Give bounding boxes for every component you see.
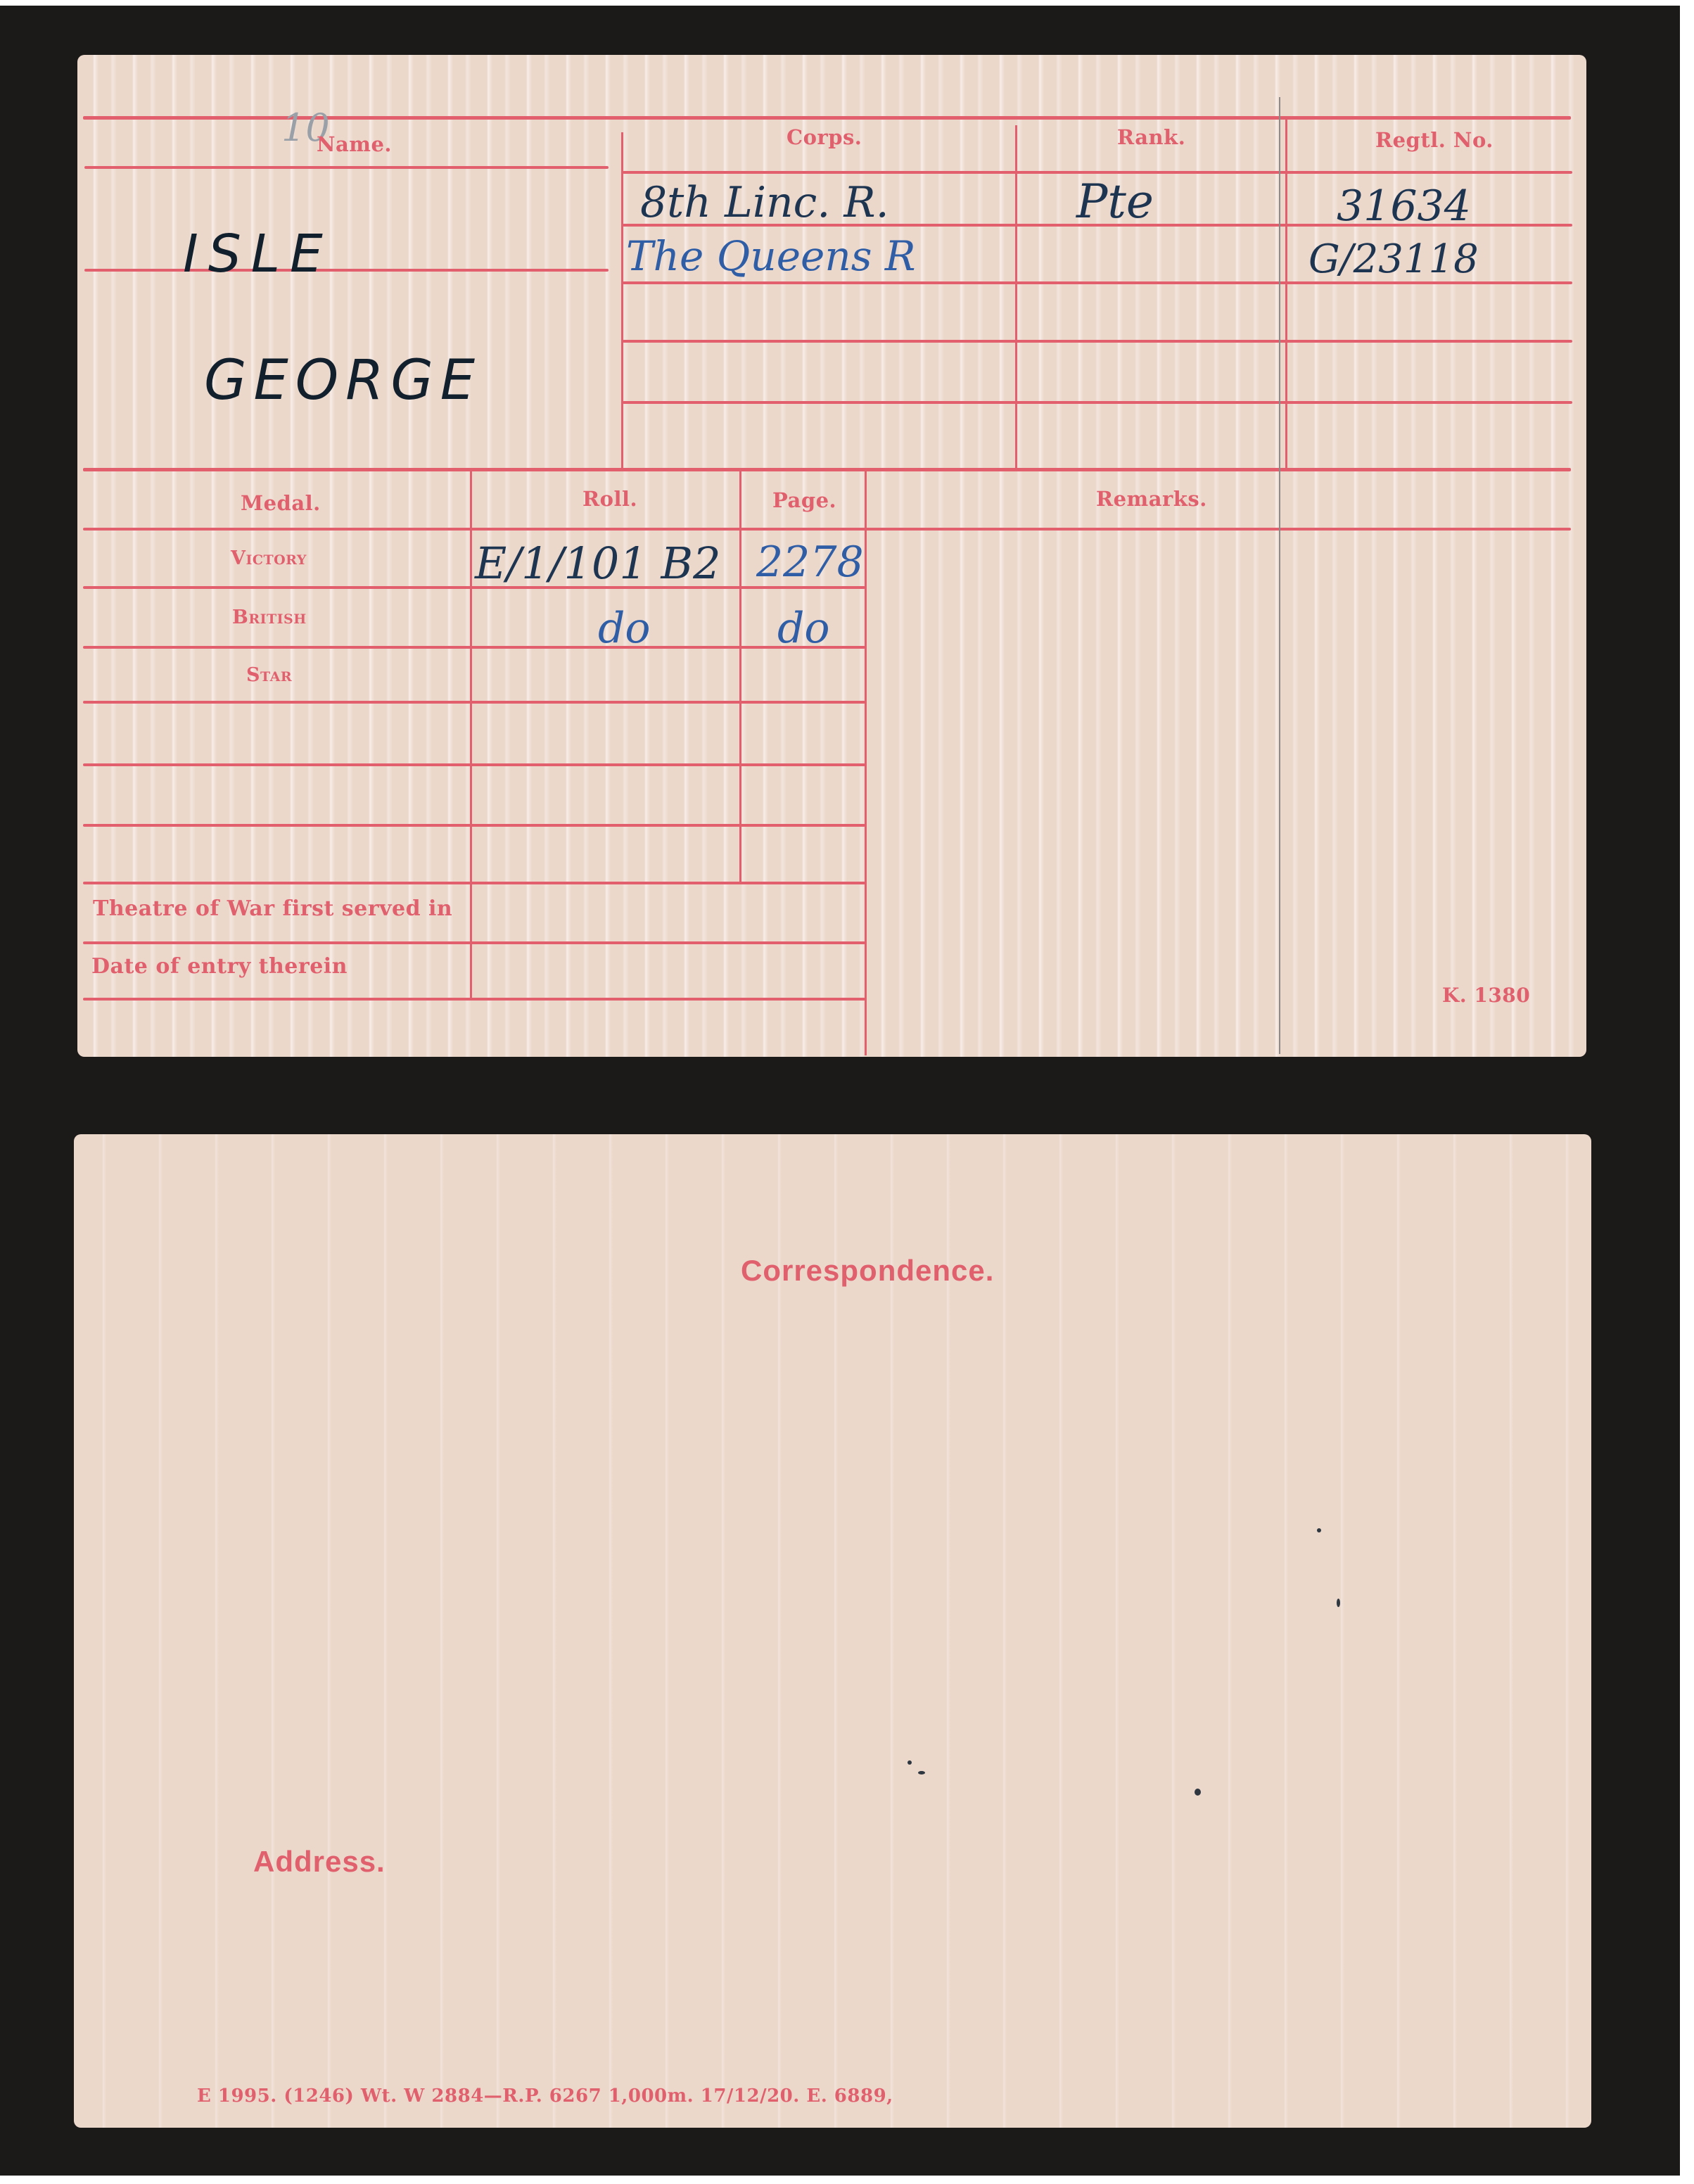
corps-entry-2: The Queens R (626, 232, 916, 280)
rule-medal-row-4 (83, 763, 865, 766)
roll-label: Roll. (582, 487, 637, 511)
rule-name-mid (84, 269, 609, 272)
rank-entry-1: Pte (1076, 174, 1154, 229)
rule-name-header (84, 166, 609, 169)
rule-date-entry (83, 998, 865, 1001)
ink-speck (1317, 1528, 1321, 1532)
divider-page-remarks (865, 471, 867, 1055)
divider-name-corps (621, 132, 623, 470)
theatre-of-war-label: Theatre of War first served in (93, 896, 452, 921)
address-label: Address. (253, 1845, 386, 1879)
regtl-entry-1: 31634 (1337, 182, 1471, 231)
printer-imprint: E 1995. (1246) Wt. W 2884—R.P. 6267 1,00… (197, 2085, 893, 2107)
rule-section-divider (83, 468, 1571, 471)
roll-entry-victory: E/1/101 B2 (475, 538, 721, 589)
remarks-label: Remarks. (1096, 487, 1207, 511)
divider-medal-roll (470, 471, 472, 999)
rule-medal-row-6 (83, 882, 865, 884)
rank-label: Rank. (1117, 125, 1185, 149)
rule-medal-row-2 (83, 646, 865, 649)
ink-speck (1337, 1599, 1340, 1607)
page-entry-british: do (777, 604, 830, 653)
regtl-no-label: Regtl. No. (1375, 128, 1494, 152)
rule-medal-header (83, 528, 1571, 531)
name-label: Name. (317, 132, 392, 156)
date-of-entry-label: Date of entry therein (91, 954, 348, 979)
surname-value: ISLE (183, 224, 333, 284)
ink-speck (907, 1760, 912, 1765)
divider-corps-rank (1015, 125, 1017, 470)
regtl-entry-2: G/23118 (1308, 236, 1479, 282)
corps-entry-1: 8th Linc. R. (640, 178, 889, 227)
card-fold-line (1279, 97, 1280, 1054)
medal-row-british: British (232, 607, 307, 628)
page-entry-victory: 2278 (756, 538, 864, 587)
medal-index-card-front: 10 Name. Corps. Rank. Regtl. No. ISLE GE… (77, 55, 1586, 1057)
rule-row-3 (623, 340, 1572, 343)
ink-speck (918, 1771, 925, 1775)
form-code: K. 1380 (1442, 984, 1530, 1007)
medal-row-victory: Victory (231, 547, 307, 569)
corps-label: Corps. (786, 125, 862, 149)
rule-theatre (83, 941, 865, 944)
forename-value: GEORGE (204, 349, 482, 412)
rule-corps-header (623, 171, 1572, 174)
medal-label: Medal. (241, 491, 321, 515)
rule-medal-row-1 (83, 586, 865, 589)
page-label: Page. (772, 488, 836, 512)
divider-roll-page (739, 471, 741, 883)
correspondence-label: Correspondence. (741, 1254, 994, 1288)
divider-rank-regtl (1285, 118, 1287, 470)
rule-row-4 (623, 401, 1572, 404)
rule-medal-row-3 (83, 701, 865, 704)
roll-entry-british: do (598, 604, 651, 653)
ink-speck (1195, 1789, 1201, 1796)
rule-medal-row-5 (83, 824, 865, 827)
medal-index-card-back: Correspondence. Address. E 1995. (1246) … (74, 1134, 1591, 2128)
medal-row-star: Star (246, 664, 292, 686)
